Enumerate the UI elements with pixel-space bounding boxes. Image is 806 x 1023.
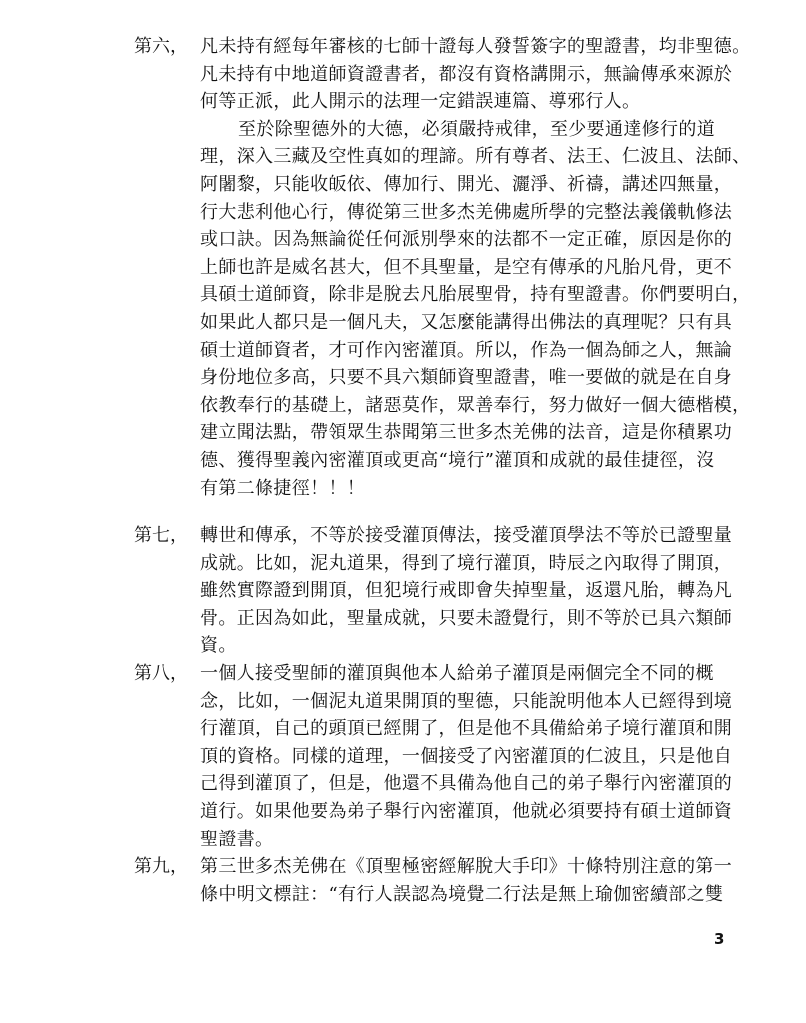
text-line: 轉世和傳承，不等於接受灌頂傳法，接受灌頂學法不等於已證聖量 [200, 522, 774, 550]
text-line: 條中明文標註：“有行人誤認為境覺二行法是無上瑜伽密續部之雙 [200, 881, 774, 909]
text-line: 德、獲得聖義內密灌頂或更高“境行”灌頂和成就的最佳捷徑，沒 [200, 447, 774, 475]
text-line: 成就。比如，泥丸道果，得到了境行灌頂，時辰之內取得了開頂， [200, 550, 774, 578]
document-page: 第六， 凡未持有經每年審核的七師十證每人發誓簽字的聖證書，均非聖德。 凡未持有中… [0, 0, 806, 1023]
text-line: 何等正派，此人開示的法理一定錯誤連篇、導邪行人。 [200, 88, 774, 116]
text-line: 依教奉行的基礎上，諸惡莫作，眾善奉行，努力做好一個大德楷模， [200, 392, 774, 420]
text-line: 具碩士道師資，除非是脫去凡胎展聖骨，持有聖證書。你們要明白， [200, 281, 774, 309]
text-line: 行灌頂，自己的頭頂已經開了，但是他不具備給弟子境行灌頂和開 [200, 715, 774, 743]
clause-body: 轉世和傳承，不等於接受灌頂傳法，接受灌頂學法不等於已證聖量 成就。比如，泥丸道果… [200, 522, 774, 660]
text-line: 或口訣。因為無論從任何派別學來的法都不一定正確，原因是你的 [200, 226, 774, 254]
text-line: 骨。正因為如此，聖量成就，只要未證覺行，則不等於已具六類師 [200, 605, 774, 633]
text-line: 上師也許是威名甚大，但不具聖量，是空有傳承的凡胎凡骨，更不 [200, 254, 774, 282]
text-line: 身份地位多高，只要不具六類師資聖證書，唯一要做的就是在自身 [200, 364, 774, 392]
text-line: 建立聞法點，帶領眾生恭聞第三世多杰羌佛的法音，這是你積累功 [200, 419, 774, 447]
text-line: 雖然實際證到開頂，但犯境行戒即會失掉聖量，返還凡胎，轉為凡 [200, 577, 774, 605]
text-line: 理，深入三藏及空性真如的理諦。所有尊者、法王、仁波且、法師、 [200, 143, 774, 171]
text-line-indented: 至於除聖德外的大德，必須嚴持戒律，至少要通達修行的道 [200, 116, 774, 144]
clause-body: 一個人接受聖師的灌頂與他本人給弟子灌頂是兩個完全不同的概 念，比如，一個泥丸道果… [200, 660, 774, 853]
text-line: 己得到灌頂了，但是，他還不具備為他自己的弟子舉行內密灌頂的 [200, 770, 774, 798]
text-line: 道行。如果他要為弟子舉行內密灌頂，他就必須要持有碩士道師資 [200, 798, 774, 826]
text-line: 行大悲利他心行，傳從第三世多杰羌佛處所學的完整法義儀軌修法 [200, 199, 774, 227]
page-number: 3 [714, 930, 724, 948]
text-line: 凡未持有經每年審核的七師十證每人發誓簽字的聖證書，均非聖德。 [200, 33, 774, 61]
text-line: 碩士道師資者，才可作內密灌頂。所以，作為一個為師之人，無論 [200, 337, 774, 365]
clause-label: 第六， [134, 33, 188, 61]
text-line: 一個人接受聖師的灌頂與他本人給弟子灌頂是兩個完全不同的概 [200, 660, 774, 688]
text-line: 聖證書。 [200, 826, 774, 854]
text-line: 念，比如，一個泥丸道果開頂的聖德，只能說明他本人已經得到境 [200, 688, 774, 716]
text-line: 凡未持有中地道師資證書者，都沒有資格講開示，無論傳承來源於 [200, 61, 774, 89]
clause-body: 凡未持有經每年審核的七師十證每人發誓簽字的聖證書，均非聖德。 凡未持有中地道師資… [200, 33, 774, 502]
clause-label: 第八， [134, 660, 188, 688]
clause-label: 第九， [134, 853, 188, 881]
text-line: 資。 [200, 632, 774, 660]
text-line: 頂的資格。同樣的道理，一個接受了內密灌頂的仁波且，只是他自 [200, 743, 774, 771]
text-line: 阿闍黎，只能收皈依、傳加行、開光、灑淨、祈禱，講述四無量， [200, 171, 774, 199]
text-line: 如果此人都只是一個凡夫，又怎麼能講得出佛法的真理呢？只有具 [200, 309, 774, 337]
clause-label: 第七， [134, 522, 188, 550]
text-line: 第三世多杰羌佛在《頂聖極密經解脫大手印》十條特別注意的第一 [200, 853, 774, 881]
text-line: 有第二條捷徑！！！ [200, 475, 774, 503]
clause-body: 第三世多杰羌佛在《頂聖極密經解脫大手印》十條特別注意的第一 條中明文標註：“有行… [200, 853, 774, 908]
